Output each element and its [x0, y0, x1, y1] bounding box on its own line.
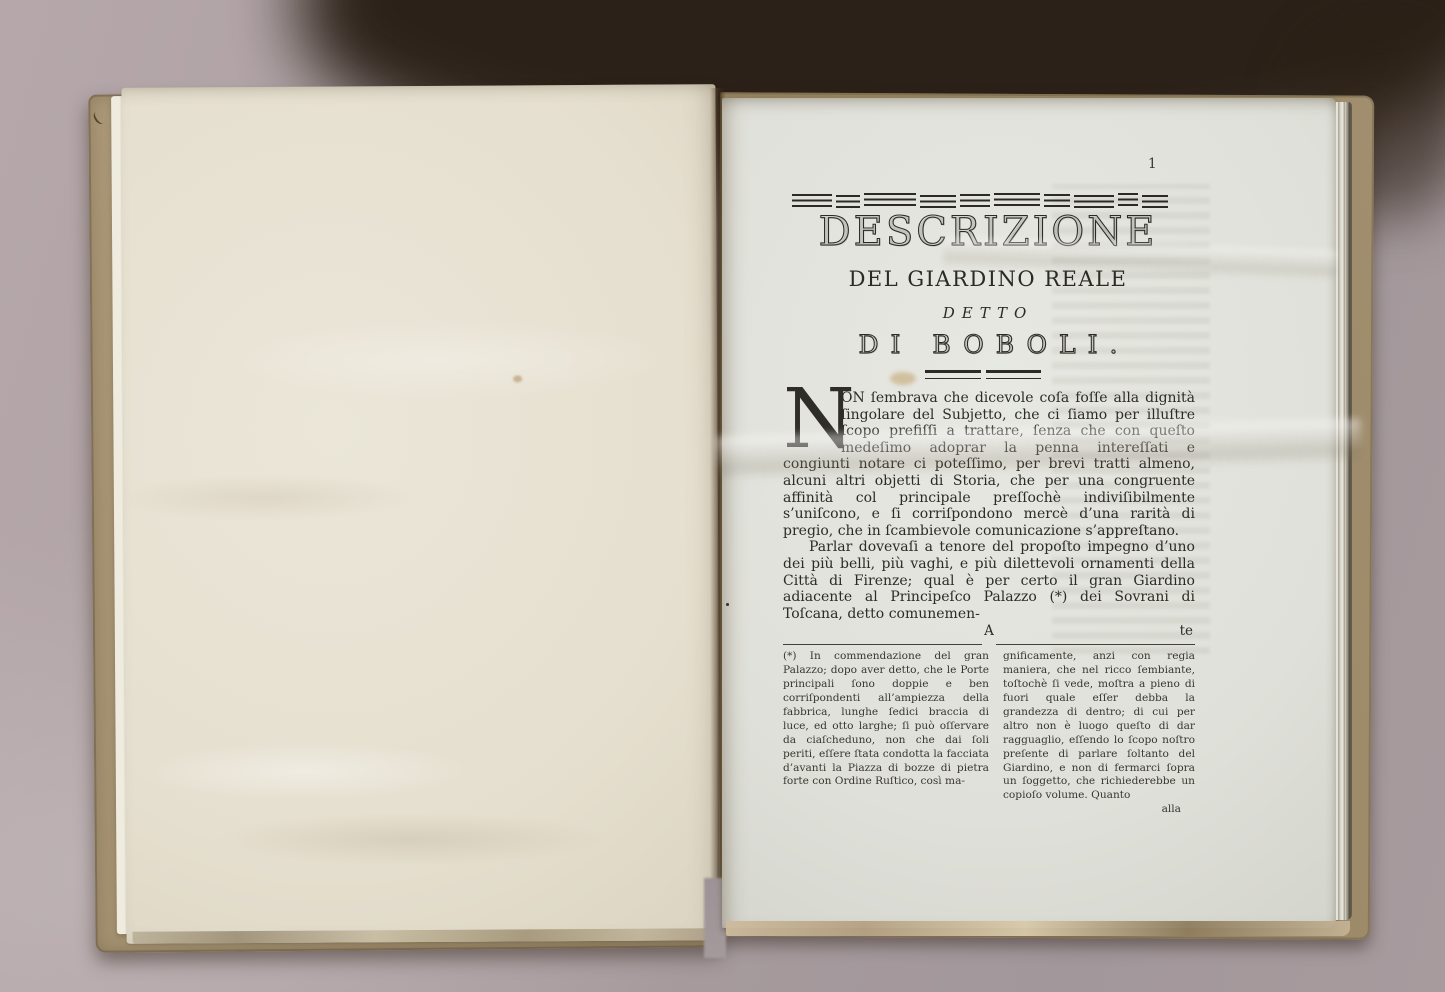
footnote-catchword: alla	[1003, 803, 1195, 817]
footnote-rule-left	[783, 644, 982, 645]
open-book: 1 DESCRIZIONE DEL GIARDINO REALE DETTO D…	[92, 78, 1374, 952]
paper-creases	[121, 84, 720, 944]
yellow-stain	[890, 372, 916, 385]
title-boboli: DI BOBOLI.	[764, 330, 1212, 360]
signature-mark: A	[783, 623, 1195, 640]
ornament-segment	[1118, 193, 1138, 206]
footnote: (*) In commendazione del gran Palazzo; d…	[783, 650, 1195, 817]
title-detto: DETTO	[764, 304, 1212, 322]
ornament-segment	[1044, 194, 1070, 207]
vellum-tie-remnant	[91, 109, 107, 126]
paragraph-1-text: ON ſembrava che dicevole coſa foſſe alla…	[783, 390, 1195, 539]
title-rule	[925, 370, 1041, 379]
signature-line: A te	[783, 623, 1195, 640]
title-main: DESCRIZIONE	[764, 210, 1212, 254]
right-page-printed: 1 DESCRIZIONE DEL GIARDINO REALE DETTO D…	[722, 98, 1336, 928]
title-block: DESCRIZIONE DEL GIARDINO REALE DETTO DI …	[764, 210, 1212, 360]
ornament-segment	[1074, 195, 1114, 208]
footnote-right-column: gnificamente, anzi con regia maniera, ch…	[1003, 650, 1195, 817]
ink-speck	[726, 603, 729, 606]
ornament-segment	[836, 195, 860, 208]
rule-segment	[986, 370, 1042, 379]
headpiece-ornament-rule	[792, 194, 1172, 207]
left-page-blank	[121, 84, 720, 944]
body-text: NON ſembrava che dicevole coſa foſſe all…	[783, 390, 1195, 817]
ornament-segment	[792, 194, 832, 207]
ornament-segment	[920, 195, 956, 208]
title-subtitle: DEL GIARDINO REALE	[764, 266, 1212, 292]
rule-segment	[925, 370, 981, 379]
ornament-segment	[960, 194, 990, 207]
ornament-segment	[1142, 195, 1168, 208]
paragraph-1: NON ſembrava che dicevole coſa foſſe all…	[783, 390, 1195, 539]
paragraph-2: Parlar dovevaſi a tenore del propoſto im…	[783, 539, 1195, 622]
footnote-right-text: gnificamente, anzi con regia maniera, ch…	[1003, 650, 1195, 801]
drop-cap-N: N	[783, 390, 841, 454]
footnote-rules	[783, 644, 1195, 645]
page-stack-edges	[1336, 102, 1352, 920]
ornament-segment	[864, 193, 916, 206]
photo-open-antique-book: 1 DESCRIZIONE DEL GIARDINO REALE DETTO D…	[0, 0, 1445, 992]
page-number: 1	[1148, 156, 1157, 172]
footnote-left-column: (*) In commendazione del gran Palazzo; d…	[783, 650, 989, 817]
ornament-segment	[994, 193, 1040, 206]
footnote-rule-right	[996, 644, 1195, 645]
catchword: te	[1180, 623, 1193, 640]
small-stain	[513, 375, 522, 382]
